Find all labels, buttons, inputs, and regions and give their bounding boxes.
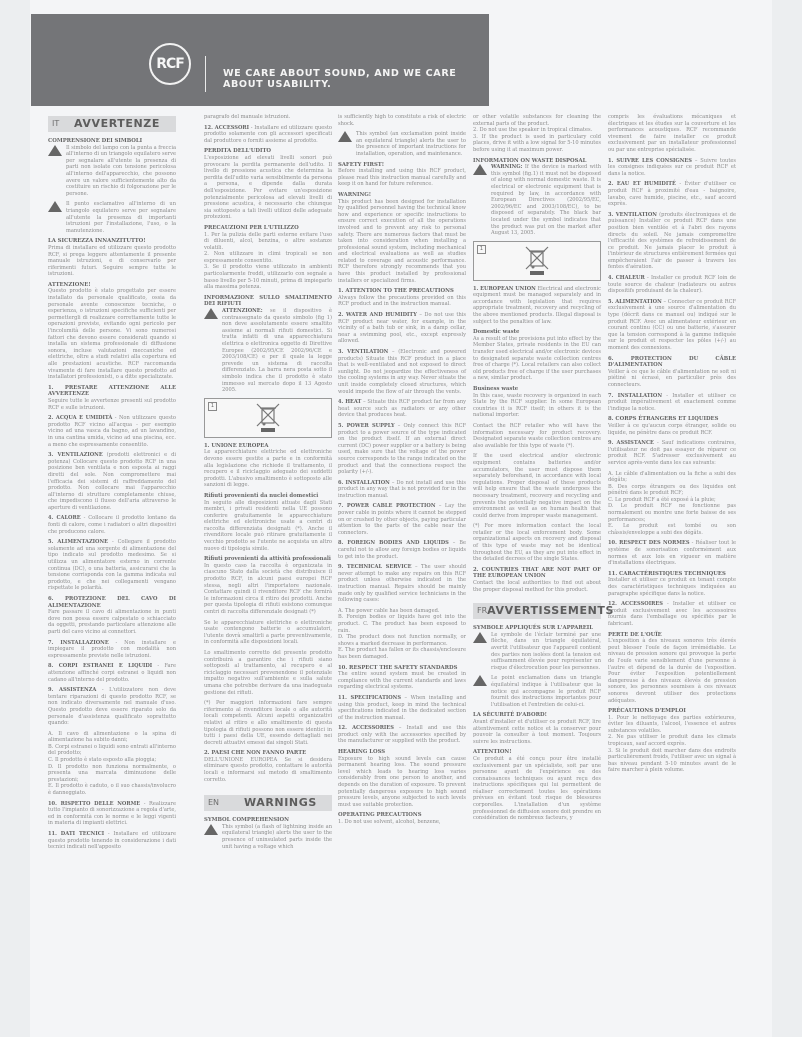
heading: INFORMAZIONE SULLO SMALTIMENTO DEI RIFIU… xyxy=(204,295,332,308)
list-item: 4. CHALEUR - Installer ce produit RCF lo… xyxy=(608,275,736,295)
heading: 8. CORPS ÉTRANGERS ET LIQUIDES xyxy=(608,416,736,423)
weee-figure: 1 xyxy=(204,398,332,438)
list-item: 12. ACCESSORI - Installare ed utilizzare… xyxy=(204,125,332,145)
header-banner: RCF WE CARE ABOUT SOUND, AND WE CARE ABO… xyxy=(31,14,489,106)
paragraph: Questo prodotto è stato progettato per e… xyxy=(48,288,176,380)
section-title: AVVERTENZE xyxy=(74,121,160,128)
heading: Business waste xyxy=(473,386,601,393)
list-item: 1. Pour le nettoyage des parties extérie… xyxy=(608,715,736,735)
paragraph: Le apparecchiature elettriche ed elettro… xyxy=(204,449,332,489)
sub-item: D. Il prodotto non funziona normalmente,… xyxy=(48,764,176,784)
heading: 1. PRESTARE ATTENZIONE ALLE AVVERTENZE xyxy=(48,385,176,398)
section-header-it: IT AVVERTENZE xyxy=(48,116,176,132)
list-item: 3. VENTILATION (produits électroniques e… xyxy=(608,212,736,271)
paragraph: (*) Per maggiori informazioni fare sempr… xyxy=(204,700,332,746)
sub-item: B. Corpi estranei o liquidi sono entrati… xyxy=(48,744,176,757)
heading: 6. PROTECTION DU CÂBLE D'ALIMENTATION xyxy=(608,356,736,369)
paragraph: ATTENZIONE: se il dispositivo è contrass… xyxy=(204,308,332,394)
list-item: 1. Per la pulizia delle parti esterne ev… xyxy=(204,232,332,252)
paragraph: or other volatile substances for cleanin… xyxy=(473,114,601,127)
brand-name: RCF xyxy=(156,56,184,72)
sub-item: E. Il prodotto è caduto, o il suo chassi… xyxy=(48,783,176,796)
heading: WARNING! xyxy=(338,192,466,199)
heading: HEARING LOSS xyxy=(338,749,466,756)
paragraph: Se le apparecchiature elettriche o elett… xyxy=(204,620,332,646)
heading: SYMBOLE APPLIQUÉS SUR L'APPAREIL xyxy=(473,625,601,632)
lang-code: EN xyxy=(204,800,230,807)
heading: LA SÉCURITÉ D'ABORD! xyxy=(473,712,601,719)
list-item: 2. Non utilizzare in climi tropicali se … xyxy=(204,251,332,264)
paragraph: 1. EUROPEAN UNION Electrical and electro… xyxy=(473,286,601,326)
figure-number: 1 xyxy=(208,402,217,411)
paragraph: Il simbolo del lampo con la punta a frec… xyxy=(48,145,176,198)
paragraph: paragrafo del manuale istruzioni. xyxy=(204,114,332,121)
sub-item: B. Foreign bodies or liquids have got in… xyxy=(338,614,466,634)
paragraph: In this case, waste recovery is organize… xyxy=(473,393,601,419)
list-item: 2. Ne pas utiliser le produit dans les c… xyxy=(608,734,736,747)
list-item: 8. FOREIGN BODIES AND LIQUIDS – Be caref… xyxy=(338,540,466,560)
paragraph: Always follow the precautions provided o… xyxy=(338,295,466,308)
paragraph: Before installing and using this RCF pro… xyxy=(338,168,466,188)
list-item: 4. HEAT – Situate this RCF product far f… xyxy=(338,399,466,419)
list-item: 6. INSTALLATION – Do not install and use… xyxy=(338,480,466,500)
heading: Rifiuti provenienti da nuclei domestici xyxy=(204,493,332,500)
figure-number: 1 xyxy=(477,245,486,254)
heading: PRECAUZIONI PER L'UTILIZZO xyxy=(204,225,332,232)
paragraph: Contact the local authorities to find ou… xyxy=(473,580,601,593)
paragraph: Installer et utiliser ce produit en tena… xyxy=(608,577,736,597)
list-item: 9. ASSISTANCE - Sauf indications contrai… xyxy=(608,440,736,466)
list-item: 2. Do not use the speaker in tropical cl… xyxy=(473,127,601,134)
heading: 6. PROTEZIONE DEL CAVO DI ALIMENTAZIONE xyxy=(48,596,176,609)
section-title: WARNINGS xyxy=(230,800,317,807)
crossed-bin-icon xyxy=(254,402,282,434)
list-item: 9. TECHNICAL SERVICE – The user should n… xyxy=(338,564,466,604)
list-item: 2. WATER AND HUMIDITY – Do not use this … xyxy=(338,312,466,345)
heading: PRÉCAUTIONS D'EMPLOI xyxy=(608,708,736,715)
paragraph: The entire sound system must be created … xyxy=(338,671,466,691)
heading: INFORMATION ON WASTE DISPOSAL xyxy=(473,158,601,165)
weee-figure: 1 xyxy=(473,241,601,281)
paragraph: Contact the RCF retailer who will have t… xyxy=(473,423,601,449)
lightning-warning-icon xyxy=(473,632,487,643)
exclamation-warning-icon xyxy=(48,201,62,212)
heading: LA SICUREZZA INNANZITUTTO! xyxy=(48,238,176,245)
warning-icon xyxy=(473,164,487,175)
list-item: 3. Si le produit doit marcher dans des e… xyxy=(608,748,736,774)
list-item: 9. ASSISTENZA - L'utilizzatore non deve … xyxy=(48,687,176,727)
paragraph: Veiller à ce que le câble d'alimentation… xyxy=(608,369,736,389)
column-5: compris les évaluations mécaniques et él… xyxy=(608,112,736,774)
column-3: is sufficiently high to constitute a ris… xyxy=(338,112,466,826)
heading: 10. RESPECT THE SAFETY STANDARDS xyxy=(338,665,466,672)
paragraph: compris les évaluations mécaniques et él… xyxy=(608,114,736,154)
heading: Domestic waste xyxy=(473,329,601,336)
list-item: 10. RESPECT DES NORMES - Réaliser tout l… xyxy=(608,540,736,566)
paragraph: If the used electrical and/or electronic… xyxy=(473,453,601,519)
lightning-warning-icon xyxy=(48,145,62,156)
sub-item: D. Le produit RCF ne fonctionne pas norm… xyxy=(608,503,736,523)
sub-item: E. Le produit est tombé ou son châssis/e… xyxy=(608,523,736,536)
list-item: 11. SPECIFICATIONS – When installing and… xyxy=(338,695,466,721)
crossed-bin-icon xyxy=(523,245,551,277)
tagline: WE CARE ABOUT SOUND, AND WE CARE ABOUT U… xyxy=(223,68,489,90)
list-item: 8. CORPI ESTRANEI E LIQUIDI - Fare atten… xyxy=(48,663,176,683)
list-item: 3. If the product is used in particulary… xyxy=(473,134,601,154)
column-2: paragrafo del manuale istruzioni. 12. AC… xyxy=(204,112,332,854)
section-header-en: EN WARNINGS xyxy=(204,795,332,811)
heading: 11. CARACTÉRISTIQUES TECHNIQUES xyxy=(608,571,736,578)
paragraph: This symbol (an exclamation point inside… xyxy=(338,131,466,157)
paragraph: In seguito alle disposizioni attuate dag… xyxy=(204,500,332,553)
paragraph: L'exposition à des niveaux sonores très … xyxy=(608,638,736,704)
sub-item: C. Le produit RCF a été exposé à la plui… xyxy=(608,497,736,504)
list-item: 5. ALIMENTAZIONE - Collegare il prodotto… xyxy=(48,539,176,592)
lang-code: FR xyxy=(473,608,487,615)
list-item: 3. VENTILAZIONE (prodotti elettronici e … xyxy=(48,452,176,511)
list-item: 10. RISPETTO DELLE NORME - Realizzare tu… xyxy=(48,801,176,827)
paragraph: Le point exclamation dans un triangle éq… xyxy=(473,675,601,708)
heading: ATTENTION! xyxy=(473,749,601,756)
list-item: 2. ACQUA E UMIDITÀ - Non utilizzare ques… xyxy=(48,415,176,448)
paragraph: Exposure to high sound levels can cause … xyxy=(338,756,466,809)
paragraph: (*) For more information contact the loc… xyxy=(473,523,601,563)
paragraph: Seguire tutte le avvertenze presenti sul… xyxy=(48,398,176,411)
paragraph: Ce produit a été conçu pour être install… xyxy=(473,756,601,822)
list-item: 5. POWER SUPPLY – Only connect this RCF … xyxy=(338,423,466,476)
paragraph: As a result of the provisions put into e… xyxy=(473,336,601,382)
sub-item: E. The product has fallen or its chassis… xyxy=(338,647,466,660)
lightning-warning-icon xyxy=(204,824,218,835)
document-columns: IT AVVERTENZE COMPRENSIONE DEI SIMBOLI I… xyxy=(48,112,768,1032)
list-item: 12. ACCESSORIES – Install and use this p… xyxy=(338,725,466,745)
paragraph: Fare passare il cavo di alimentazione in… xyxy=(48,609,176,635)
sub-item: A. The power cable has been damaged. xyxy=(338,608,466,615)
warning-icon xyxy=(204,308,218,319)
list-item: 1. Do not use solvent, alcohol, benzene, xyxy=(338,819,466,826)
list-item: 4. CALORE - Collocare il prodotto lontan… xyxy=(48,515,176,535)
lang-code: IT xyxy=(48,121,74,128)
sub-item: B. Des corps étrangers ou des liquides o… xyxy=(608,484,736,497)
paragraph: This symbol (a flash of lightning inside… xyxy=(204,824,332,850)
heading: OPERATING PRECAUTIONS xyxy=(338,812,466,819)
exclamation-warning-icon xyxy=(473,675,487,686)
paragraph: This product has been designed for insta… xyxy=(338,199,466,285)
heading: SAFETY FIRST! xyxy=(338,162,466,169)
list-item: 12. ACCESSOIRES - Installer et utiliser … xyxy=(608,601,736,627)
heading: 2. COUNTRIES THAT ARE NOT PART OF THE EU… xyxy=(473,567,601,580)
paragraph: L'esposizione ad elevati livelli sonori … xyxy=(204,155,332,221)
rcf-logo: RCF xyxy=(149,43,191,85)
paragraph: Avant d'installer et d'utiliser ce produ… xyxy=(473,719,601,745)
list-item: 2. EAU ET HUMIDITÉ - Éviter d'utiliser c… xyxy=(608,181,736,207)
paragraph: WARNING: If the device is marked with th… xyxy=(473,164,601,237)
paragraph: Prima di installare ed utilizzare questo… xyxy=(48,245,176,278)
header-divider xyxy=(205,56,206,92)
paragraph: Il punto esclamativo all'interno di un t… xyxy=(48,201,176,234)
list-item: 3. Se il prodotto viene utilizzato in am… xyxy=(204,264,332,290)
list-item: 5. ALIMENTATION – Connecter ce produit R… xyxy=(608,299,736,352)
paragraph: DELL'UNIONE EUROPEA Se si desidera elimi… xyxy=(204,757,332,783)
list-item: 7. POWER CABLE PROTECTION – Lay the powe… xyxy=(338,503,466,536)
list-item: 11. DATI TECNICI - Installare ed utilizz… xyxy=(48,831,176,851)
paragraph: is sufficiently high to constitute a ris… xyxy=(338,114,466,127)
section-header-fr: FR AVVERTISSEMENTS xyxy=(473,603,601,619)
column-4: or other volatile substances for cleanin… xyxy=(473,112,601,826)
heading: 1. ATTENTION TO THE PRECAUTIONS xyxy=(338,288,466,295)
paragraph: Veiller à ce qu'aucun corps étranger, so… xyxy=(608,423,736,436)
heading: COMPRENSIONE DEI SIMBOLI xyxy=(48,138,176,145)
list-item: 3. VENTILATION – (Electronic and powered… xyxy=(338,349,466,395)
list-item: 7. INSTALLAZIONE - Non installare e impi… xyxy=(48,640,176,660)
paragraph: Le symbole de l'éclair terminé par une f… xyxy=(473,632,601,672)
sub-item: C. Il prodotto è stato esposto alla piog… xyxy=(48,757,176,764)
list-item: 1. SUIVRE LES CONSIGNES – Suivre toutes … xyxy=(608,158,736,178)
paragraph: In questo caso la raccolta è organizzata… xyxy=(204,563,332,616)
list-item: 7. INSTALLATION - Installer et utiliser … xyxy=(608,393,736,413)
heading: 2. PAESI CHE NON FANNO PARTE xyxy=(204,750,332,757)
exclamation-warning-icon xyxy=(338,131,352,142)
sub-item: A. Il cavo di alimentazione o la spina d… xyxy=(48,731,176,744)
heading: 1. UNIONE EUROPEA xyxy=(204,443,332,450)
column-1: IT AVVERTENZE COMPRENSIONE DEI SIMBOLI I… xyxy=(48,112,176,855)
heading: SYMBOL COMPREHENSION xyxy=(204,817,332,824)
heading: Rifiuti provenienti da attività professi… xyxy=(204,556,332,563)
heading: PERDITA DELL'UDITO xyxy=(204,148,332,155)
sub-item: D. The product does not function normall… xyxy=(338,634,466,647)
sub-item: A. Le câble d'alimentation ou la fiche a… xyxy=(608,471,736,484)
paragraph: Lo smaltimento corretto del presente pro… xyxy=(204,650,332,696)
section-title: AVVERTISSEMENTS xyxy=(487,608,614,615)
